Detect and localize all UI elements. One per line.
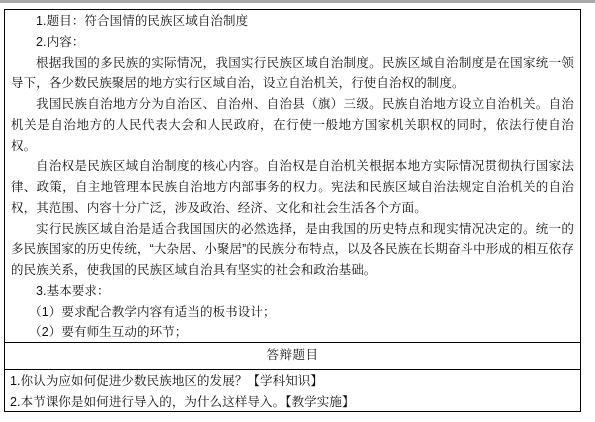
interview-question-table: 1.题目：符合国情的民族区域自治制度 2.内容： 根据我国的多民族的实际情况，我…: [4, 9, 581, 412]
defense-questions-cell: 1.你认为应如何促进少数民族地区的发展？【学科知识】 2.本节课你是如何进行导入…: [5, 370, 580, 411]
content-paragraph: 根据我国的多民族的实际情况，我国实行民族区域自治制度。民族区域自治制度是在国家统…: [11, 53, 574, 95]
content-label: 2.内容：: [11, 32, 574, 53]
question-content-cell: 1.题目：符合国情的民族区域自治制度 2.内容： 根据我国的多民族的实际情况，我…: [5, 10, 580, 342]
requirement-item: （1）要求配合教学内容有适当的板书设计；: [11, 302, 574, 323]
question-title: 1.题目：符合国情的民族区域自治制度: [11, 11, 574, 32]
defense-header-title: 答辩题目: [266, 348, 318, 362]
content-paragraph: 我国民族自治地方分为自治区、自治州、自治县（旗）三级。民族自治地方设立自治机关。…: [11, 94, 574, 156]
scan-artifact-line: [0, 0, 595, 3]
defense-header-cell: 答辩题目: [5, 342, 580, 370]
requirements-label: 3.基本要求：: [11, 281, 574, 302]
content-paragraph: 自治权是民族区域自治制度的核心内容。自治权是自治机关根据本地方实际情况贯彻执行国…: [11, 156, 574, 218]
defense-question: 2.本节课你是如何进行导入的，为什么这样导入。【教学实施】: [10, 392, 574, 411]
defense-question: 1.你认为应如何促进少数民族地区的发展？【学科知识】: [10, 371, 574, 392]
document-page: 1.题目：符合国情的民族区域自治制度 2.内容： 根据我国的多民族的实际情况，我…: [0, 0, 595, 422]
content-paragraph: 实行民族区域自治是适合我国国庆的必然选择，是由我国的历史特点和现实情况决定的。统…: [11, 219, 574, 281]
requirement-item: （2）要有师生互动的环节；: [11, 322, 574, 342]
